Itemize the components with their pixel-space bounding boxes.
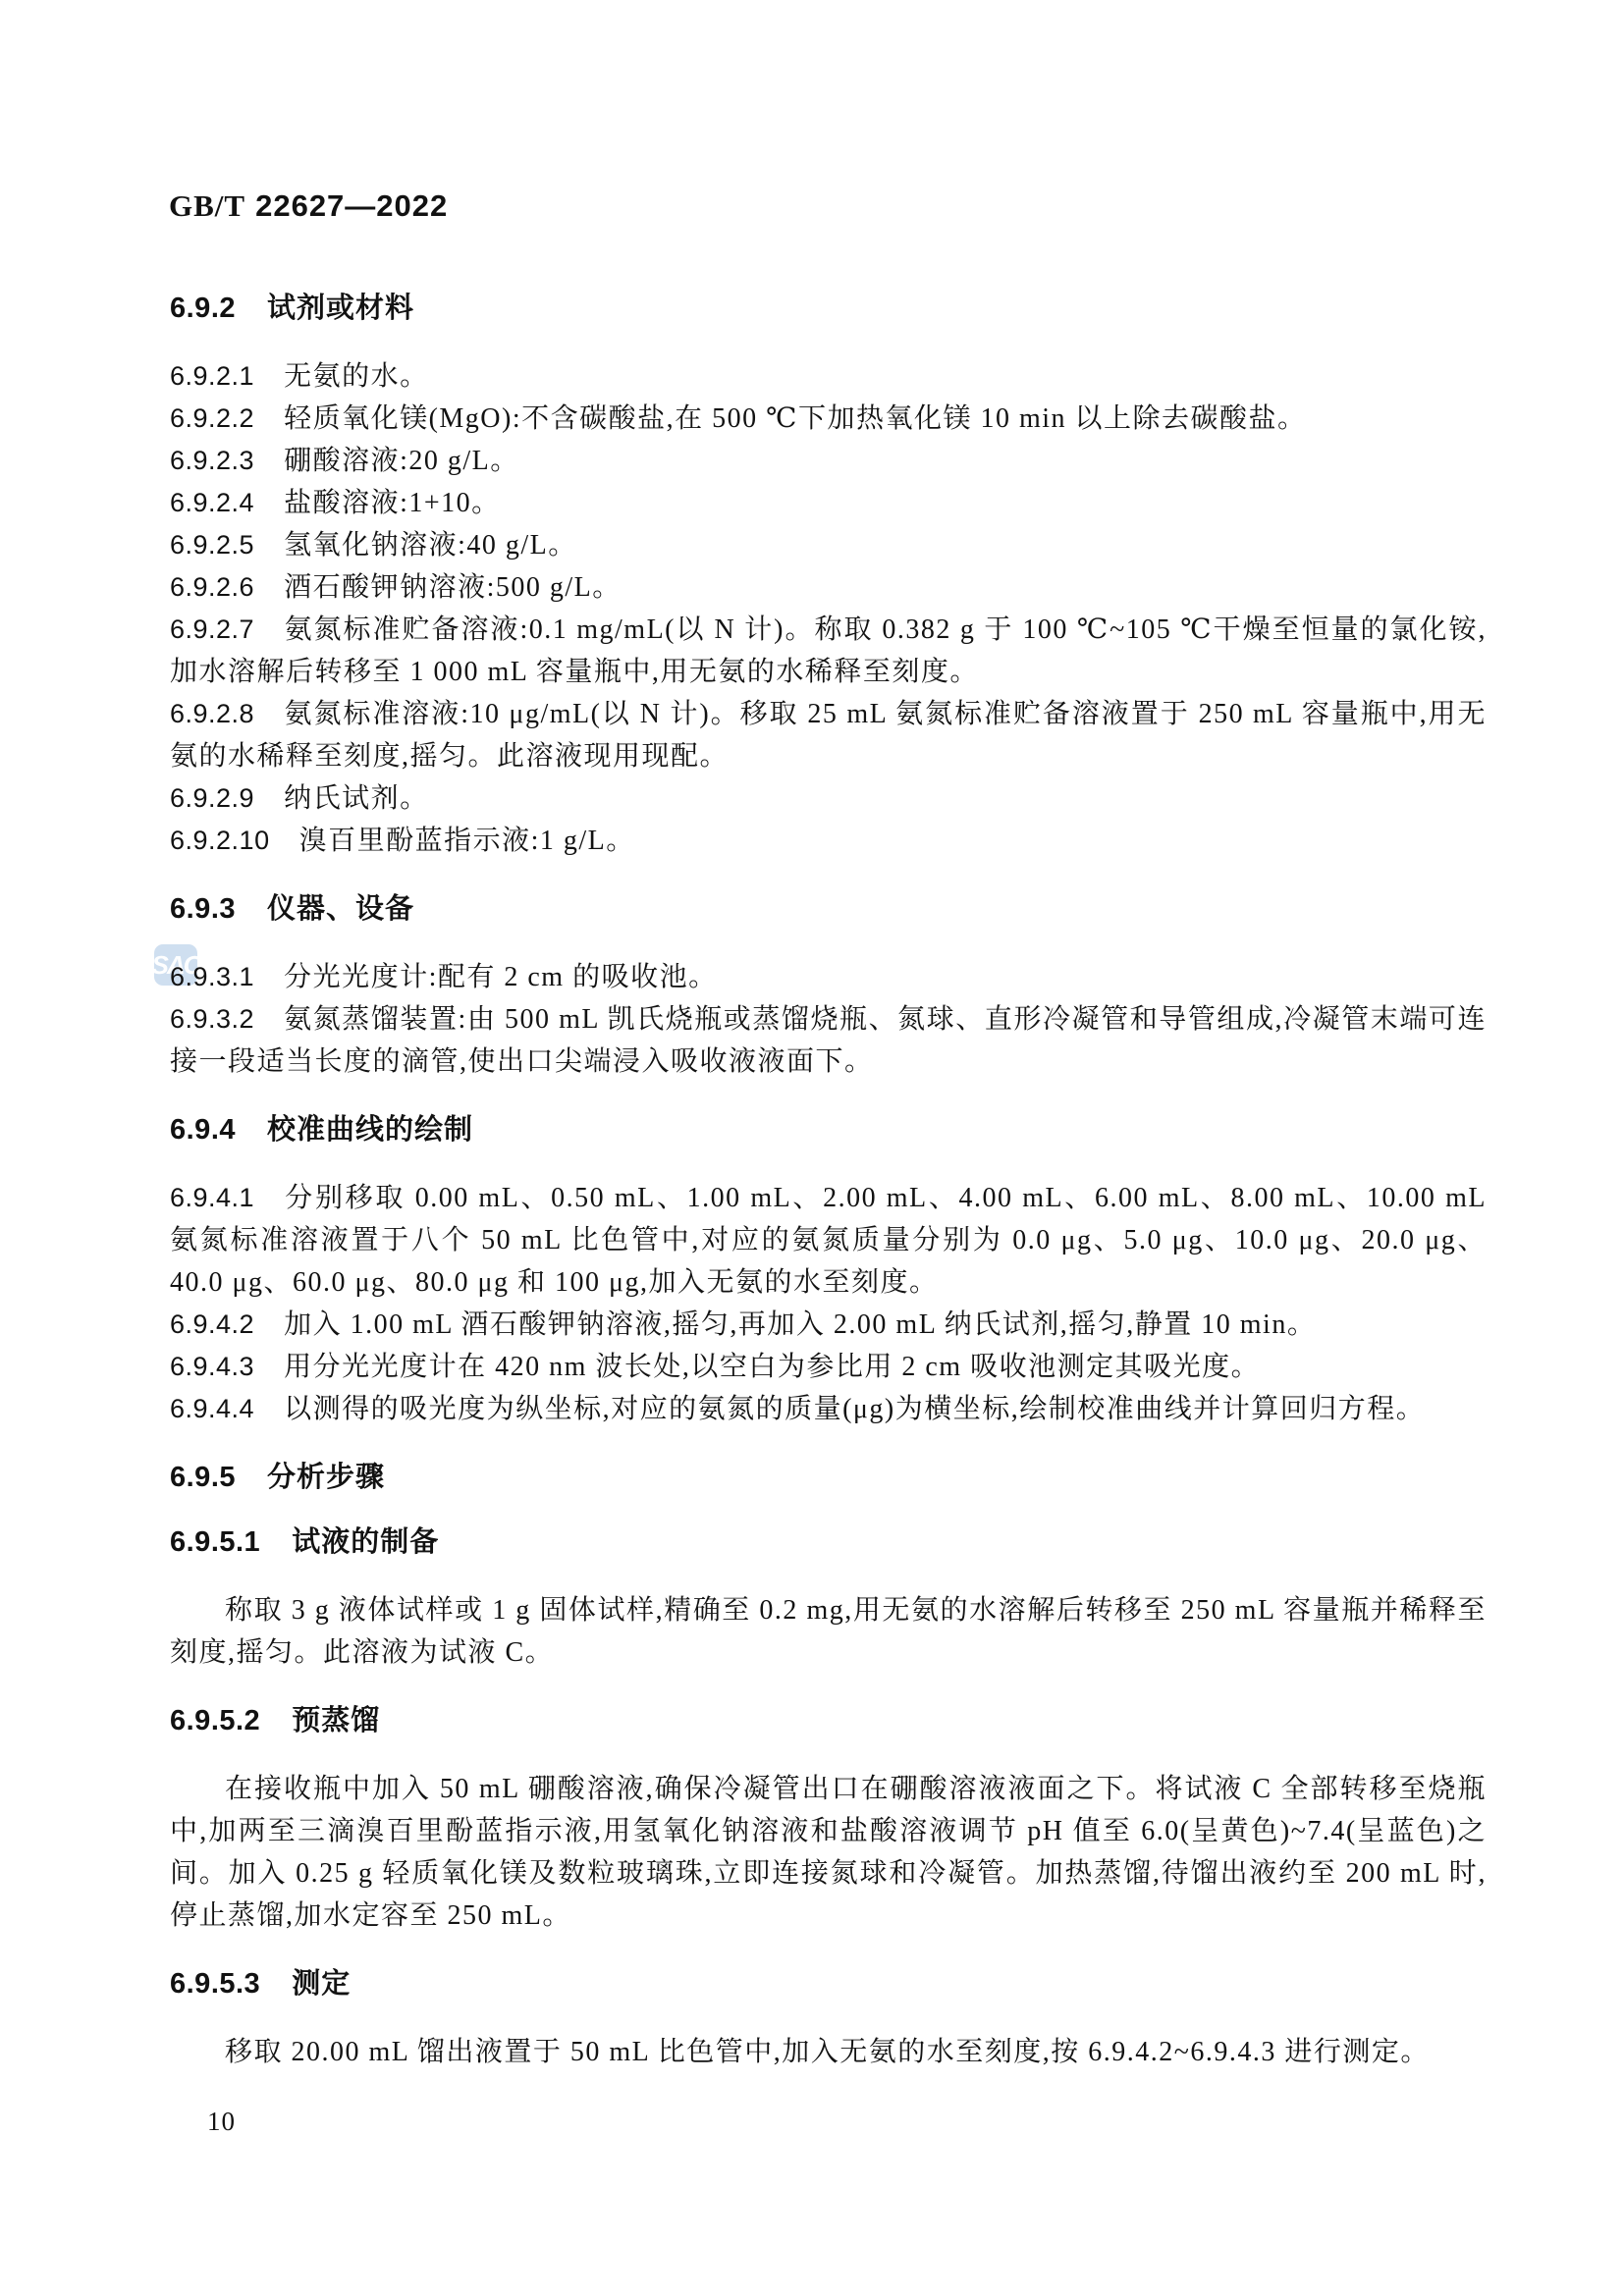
- document-page: GB/T22627—2022 SAC 6.9.2试剂或材料6.9.2.1无氨的水…: [0, 0, 1624, 2296]
- standard-code: 22627—2022: [255, 188, 448, 223]
- heading-title: 试液的制备: [292, 1526, 439, 1558]
- clause-text: 以测得的吸光度为纵坐标,对应的氨氮的质量(μg)为横坐标,绘制校准曲线并计算回归…: [284, 1394, 1425, 1424]
- heading-number: 6.9.5.1: [170, 1526, 260, 1558]
- clause-text: 加入 1.00 mL 酒石酸钾钠溶液,摇匀,再加入 2.00 mL 纳氏试剂,摇…: [284, 1309, 1316, 1340]
- clause-text: 分别移取 0.00 mL、0.50 mL、1.00 mL、2.00 mL、4.0…: [170, 1183, 1487, 1298]
- heading-title: 分析步骤: [267, 1462, 385, 1493]
- document-body: 6.9.2试剂或材料6.9.2.1无氨的水。6.9.2.2轻质氧化镁(MgO):…: [170, 291, 1487, 2073]
- clause-number: 6.9.2.4: [170, 488, 254, 517]
- clause-number: 6.9.3.2: [170, 1004, 254, 1034]
- clause-number: 6.9.2.8: [170, 699, 254, 728]
- clause-text: 氨氮蒸馏装置:由 500 mL 凯氏烧瓶或蒸馏烧瓶、氮球、直形冷凝管和导管组成,…: [170, 1004, 1487, 1077]
- clause-number: 6.9.4.4: [170, 1394, 254, 1423]
- clause-paragraph: 6.9.2.2轻质氧化镁(MgO):不含碳酸盐,在 500 ℃下加热氧化镁 10…: [170, 398, 1487, 440]
- clause-text: 用分光光度计在 420 nm 波长处,以空白为参比用 2 cm 吸收池测定其吸光…: [284, 1352, 1260, 1382]
- body-paragraph: 在接收瓶中加入 50 mL 硼酸溶液,确保冷凝管出口在硼酸溶液液面之下。将试液 …: [170, 1768, 1487, 1937]
- clause-text: 轻质氧化镁(MgO):不含碳酸盐,在 500 ℃下加热氧化镁 10 min 以上…: [284, 403, 1306, 434]
- heading-number: 6.9.5: [170, 1462, 236, 1493]
- subsection-heading: 6.9.5.3测定: [170, 1966, 1487, 2002]
- clause-text: 无氨的水。: [284, 361, 429, 392]
- subsection-heading: 6.9.5.2预蒸馏: [170, 1703, 1487, 1738]
- body-paragraph: 移取 20.00 mL 馏出液置于 50 mL 比色管中,加入无氨的水至刻度,按…: [170, 2031, 1487, 2073]
- section-heading: 6.9.3仪器、设备: [170, 891, 1487, 927]
- clause-text: 盐酸溶液:1+10。: [284, 488, 501, 518]
- section-heading: 6.9.5分析步骤: [170, 1460, 1487, 1495]
- clause-number: 6.9.2.5: [170, 530, 254, 560]
- standard-prefix: GB/T: [169, 188, 245, 223]
- clause-text: 硼酸溶液:20 g/L。: [284, 446, 519, 476]
- body-paragraph: 称取 3 g 液体试样或 1 g 固体试样,精确至 0.2 mg,用无氨的水溶解…: [170, 1589, 1487, 1674]
- clause-paragraph: 6.9.2.9纳氏试剂。: [170, 777, 1487, 820]
- heading-number: 6.9.3: [170, 893, 236, 925]
- heading-number: 6.9.5.2: [170, 1705, 260, 1736]
- clause-paragraph: 6.9.2.1无氨的水。: [170, 355, 1487, 398]
- heading-title: 测定: [292, 1968, 351, 2000]
- heading-number: 6.9.5.3: [170, 1968, 260, 2000]
- clause-number: 6.9.2.10: [170, 826, 270, 855]
- clause-number: 6.9.2.6: [170, 572, 254, 602]
- clause-text: 氢氧化钠溶液:40 g/L。: [284, 530, 577, 561]
- standard-number-header: GB/T22627—2022: [169, 188, 448, 224]
- clause-number: 6.9.4.3: [170, 1352, 254, 1381]
- clause-paragraph: 6.9.3.2氨氮蒸馏装置:由 500 mL 凯氏烧瓶或蒸馏烧瓶、氮球、直形冷凝…: [170, 998, 1487, 1083]
- clause-paragraph: 6.9.4.4以测得的吸光度为纵坐标,对应的氨氮的质量(μg)为横坐标,绘制校准…: [170, 1388, 1487, 1430]
- clause-text: 分光光度计:配有 2 cm 的吸收池。: [284, 962, 718, 992]
- clause-paragraph: 6.9.4.3用分光光度计在 420 nm 波长处,以空白为参比用 2 cm 吸…: [170, 1346, 1487, 1388]
- section-heading: 6.9.4校准曲线的绘制: [170, 1112, 1487, 1148]
- clause-paragraph: 6.9.2.7氨氮标准贮备溶液:0.1 mg/mL(以 N 计)。称取 0.38…: [170, 609, 1487, 693]
- subsection-heading: 6.9.5.1试液的制备: [170, 1524, 1487, 1560]
- clause-number: 6.9.2.7: [170, 614, 254, 644]
- clause-paragraph: 6.9.2.6酒石酸钾钠溶液:500 g/L。: [170, 566, 1487, 609]
- clause-paragraph: 6.9.2.10溴百里酚蓝指示液:1 g/L。: [170, 820, 1487, 862]
- heading-title: 仪器、设备: [267, 893, 414, 925]
- heading-number: 6.9.4: [170, 1114, 236, 1146]
- page-number: 10: [207, 2107, 236, 2137]
- clause-text: 溴百里酚蓝指示液:1 g/L。: [299, 826, 635, 856]
- clause-text: 氨氮标准溶液:10 μg/mL(以 N 计)。移取 25 mL 氨氮标准贮备溶液…: [170, 699, 1487, 772]
- clause-text: 氨氮标准贮备溶液:0.1 mg/mL(以 N 计)。称取 0.382 g 于 1…: [170, 614, 1487, 687]
- clause-paragraph: 6.9.4.2加入 1.00 mL 酒石酸钾钠溶液,摇匀,再加入 2.00 mL…: [170, 1304, 1487, 1346]
- section-heading: 6.9.2试剂或材料: [170, 291, 1487, 326]
- clause-paragraph: 6.9.2.5氢氧化钠溶液:40 g/L。: [170, 524, 1487, 566]
- clause-paragraph: 6.9.2.4盐酸溶液:1+10。: [170, 482, 1487, 524]
- clause-paragraph: 6.9.2.8氨氮标准溶液:10 μg/mL(以 N 计)。移取 25 mL 氨…: [170, 693, 1487, 777]
- heading-number: 6.9.2: [170, 293, 236, 324]
- clause-number: 6.9.2.2: [170, 403, 254, 433]
- clause-paragraph: 6.9.2.3硼酸溶液:20 g/L。: [170, 440, 1487, 482]
- clause-text: 纳氏试剂。: [284, 783, 429, 814]
- clause-number: 6.9.2.1: [170, 361, 254, 391]
- clause-number: 6.9.4.2: [170, 1309, 254, 1339]
- heading-title: 预蒸馏: [292, 1705, 380, 1736]
- clause-paragraph: 6.9.4.1分别移取 0.00 mL、0.50 mL、1.00 mL、2.00…: [170, 1177, 1487, 1304]
- clause-number: 6.9.4.1: [170, 1183, 254, 1212]
- clause-number: 6.9.2.3: [170, 446, 254, 475]
- heading-title: 校准曲线的绘制: [267, 1114, 473, 1146]
- clause-number: 6.9.3.1: [170, 962, 254, 991]
- clause-number: 6.9.2.9: [170, 783, 254, 813]
- clause-text: 酒石酸钾钠溶液:500 g/L。: [284, 572, 622, 603]
- heading-title: 试剂或材料: [267, 293, 414, 324]
- clause-paragraph: 6.9.3.1分光光度计:配有 2 cm 的吸收池。: [170, 956, 1487, 998]
